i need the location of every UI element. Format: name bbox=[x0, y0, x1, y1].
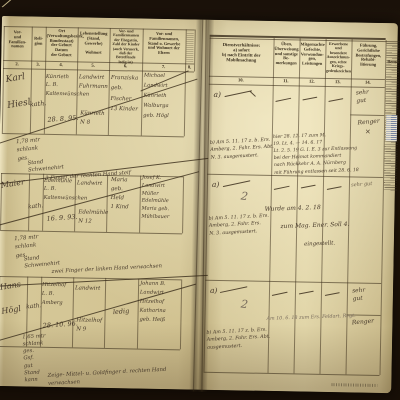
band1-note-pencil: hier 28. 12. 17 zum M. 19. Lt. 4. — 14. … bbox=[273, 130, 400, 177]
corner-ink-mark: 7 bbox=[0, 0, 13, 13]
book-paper: Vor- und Familien- namen Reli- gion Ort … bbox=[0, 16, 398, 393]
col-number: 5. bbox=[77, 62, 109, 68]
row1-wife: Franziska geb. Fischer 13 Kinder bbox=[110, 73, 138, 115]
row1-occupation: Landwirt Fuhrmann bbox=[79, 73, 108, 92]
col-number: 10. bbox=[209, 77, 273, 83]
pen-stroke bbox=[223, 180, 251, 187]
right-page: Dienstverhältnisse: a) sofort b) nach Ei… bbox=[203, 20, 400, 395]
row3-occupation: Landwirt bbox=[75, 284, 100, 293]
grid-line bbox=[104, 278, 106, 348]
grid-line bbox=[72, 277, 74, 347]
header-col10: Dienstverhältnisse: a) sofort b) nach Ei… bbox=[211, 42, 271, 64]
header-col-parents: Vor- und Familiennamen, Stand o. Gewerbe… bbox=[143, 32, 184, 57]
dash-mark bbox=[328, 98, 343, 102]
pen-stroke bbox=[249, 91, 256, 97]
col-number: 14. bbox=[351, 79, 385, 85]
row3-religion: kath. bbox=[26, 301, 42, 311]
row1-religion: kath. bbox=[29, 99, 46, 110]
col-number: 6. bbox=[109, 63, 142, 69]
band2-pencil-mark: 2 bbox=[240, 188, 249, 205]
row1-first-name: Karl bbox=[5, 71, 26, 87]
grid-line bbox=[205, 280, 381, 284]
grid-line bbox=[2, 68, 4, 133]
col-number: 3. bbox=[31, 62, 45, 67]
row1-birth-date: 28. 8. 95. bbox=[47, 114, 79, 126]
rotated-print-column bbox=[186, 31, 194, 61]
header-col-wife: Vor- und Familiennamen der Ehegattin, Za… bbox=[110, 29, 142, 65]
dash-mark bbox=[274, 186, 290, 190]
band1-conduct: sehr gut bbox=[356, 90, 370, 106]
header-col14: Führung, Gerichtliche Bestrafungen, Reha… bbox=[352, 43, 384, 68]
header-col-birth: Ort (Verwaltungsbezirk, Bundesstaat) der… bbox=[46, 29, 77, 58]
annotation-1-head: Stand Schweinehirt bbox=[27, 157, 64, 175]
grid-line bbox=[180, 279, 182, 349]
left-page: Vor- und Familien- namen Reli- gion Ort … bbox=[0, 16, 200, 392]
band3-note-pencil: Am 10. 6. 18 zum Ers. Feldart. Regt. bbox=[267, 312, 395, 324]
band2-conduct: sehr gut bbox=[351, 181, 373, 190]
dash-mark bbox=[272, 292, 288, 296]
band3-note-left: b) Am 5. 11. 17 z. b. Ers. Amberg, 2. Fa… bbox=[206, 327, 271, 353]
header-col11: Üben, Überweisung und sonstige Be- merku… bbox=[274, 42, 298, 66]
row3-parents: Johann B. Landwirt Hitzelhof Katharina g… bbox=[139, 280, 166, 326]
band3-conduct: sehr gut bbox=[352, 288, 366, 304]
pen-stroke bbox=[224, 90, 252, 97]
row2-religion: kath. bbox=[28, 201, 44, 211]
grid-line bbox=[203, 372, 379, 376]
band2-note-ink-2: zum Mag. Ener. Soll 4. bbox=[280, 220, 349, 231]
row3-last-name: Högl bbox=[1, 303, 22, 318]
col-number: 2. bbox=[3, 61, 31, 67]
row2-name: Maier bbox=[0, 176, 26, 192]
dash-mark bbox=[327, 186, 342, 190]
band1-label-a: a) bbox=[213, 89, 221, 100]
col-number: 4. bbox=[45, 62, 77, 68]
header-col-religion: Reli- gion bbox=[31, 37, 45, 47]
row2-occupation: Landwirt bbox=[77, 179, 102, 188]
row3-wife: ledig bbox=[113, 307, 130, 318]
band3-label-a: a) bbox=[210, 285, 218, 296]
header-col12: Mitgemachte Gefechte, Verwundun- gen, Le… bbox=[300, 42, 324, 66]
row3-birth-place: Hitzelhof L. B. Amberg bbox=[42, 281, 67, 308]
header-col13: Erworbene und besondere Auszeichnun- gen… bbox=[326, 42, 351, 74]
row2-residence: Edelmühle N 12 bbox=[78, 208, 108, 227]
photo-of-register: { "photo": { "corner_mark": "7" }, "page… bbox=[0, 0, 400, 400]
dash-mark bbox=[301, 185, 316, 189]
pen-stroke bbox=[220, 286, 248, 293]
header-col-name: Vor- und Familien- namen bbox=[4, 30, 30, 50]
grid-line bbox=[182, 176, 184, 233]
col-number: 8. bbox=[185, 64, 194, 69]
annotation-2-line: zwei Finger der linken Hand verwachsen bbox=[51, 262, 191, 277]
band2-note-ink-1: Wurde am 4. 2. 18 bbox=[265, 203, 321, 214]
band2-note-ink-3: eingestellt. bbox=[304, 240, 335, 249]
row3-first-name: Hans bbox=[0, 279, 22, 294]
col-number: 7. bbox=[142, 64, 185, 70]
col-number: 11. bbox=[273, 78, 299, 83]
margin-note-3: 1,65 mtr schlank ges. Gsf. gut Stand kan… bbox=[22, 333, 48, 384]
col-number: 12. bbox=[299, 78, 325, 83]
col-number: 13. bbox=[325, 79, 351, 84]
printer-imprint-illegible bbox=[331, 383, 377, 386]
annotation-3-line: Zeige- Mittel- u. Goldfinger d. rechten … bbox=[47, 365, 198, 389]
dash-mark bbox=[302, 97, 317, 101]
row1-last-name: Hiesl bbox=[6, 96, 31, 113]
band1-note-left: b) Am 5. 11. 17 z. b. Ers. Amberg, 2. Fa… bbox=[210, 137, 275, 163]
row3-residence: Hitzelhof N 9 bbox=[76, 316, 102, 335]
band2-note-left: b) Am 5. 11. 17 z. b. Ers. Amberg, 2. Fa… bbox=[208, 213, 269, 238]
dash-mark bbox=[325, 292, 340, 296]
band3-pencil-mark: 2 bbox=[240, 296, 249, 313]
dash-mark bbox=[299, 291, 314, 295]
band2-label-a: a) bbox=[212, 179, 220, 190]
dash-mark bbox=[275, 98, 291, 102]
header-col-occupation: Lebensstellung (Stand, Gewerbe) Wohnort bbox=[78, 31, 108, 56]
